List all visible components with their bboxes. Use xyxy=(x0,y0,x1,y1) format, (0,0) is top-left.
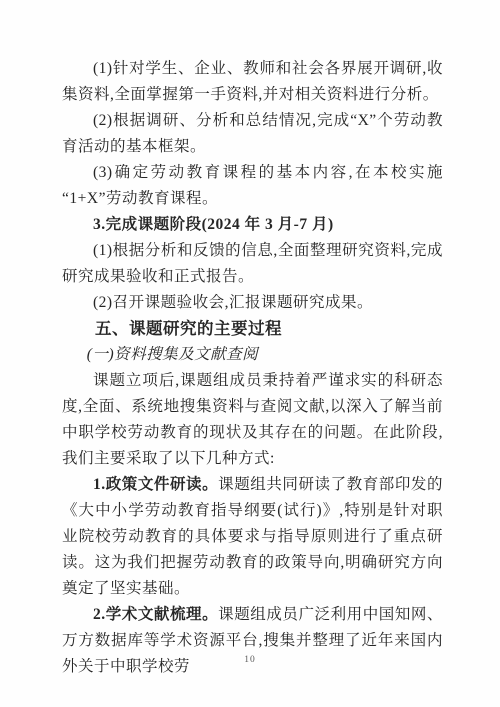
paragraph-measure-3: (3)确定劳动教育课程的基本内容,在本校实施“1+X”劳动教育课程。 xyxy=(62,160,443,212)
paragraph-text-policy: 课题组共同研读了教育部印发的《大中小学劳动教育指导纲要(试行)》,特别是针对职业… xyxy=(62,476,443,597)
paragraph-lead-literature: 2.学术文献梳理。 xyxy=(93,606,218,623)
document-page: (1)针对学生、企业、教师和社会各界展开调研,收集资料,全面掌握第一手资料,并对… xyxy=(0,0,500,707)
paragraph-measure-1: (1)针对学生、企业、教师和社会各界展开调研,收集资料,全面掌握第一手资料,并对… xyxy=(62,56,443,108)
paragraph-stage-item-2: (2)召开课题验收会,汇报课题研究成果。 xyxy=(62,290,443,316)
paragraph-literature-review: 2.学术文献梳理。课题组成员广泛利用中国知网、万方数据库等学术资源平台,搜集并整… xyxy=(62,602,443,680)
subsection-heading: (一)资料搜集及文献查阅 xyxy=(62,342,443,368)
paragraph-intro: 课题立项后,课题组成员秉持着严谨求实的科研态度,全面、系统地搜集资料与查阅文献,… xyxy=(62,368,443,472)
paragraph-measure-2: (2)根据调研、分析和总结情况,完成“X”个劳动教育活动的基本框架。 xyxy=(62,108,443,160)
stage-heading: 3.完成课题阶段(2024 年 3 月-7 月) xyxy=(62,212,443,238)
paragraph-stage-item-1: (1)根据分析和反馈的信息,全面整理研究资料,完成研究成果验收和正式报告。 xyxy=(62,238,443,290)
paragraph-lead-policy: 1.政策文件研读。 xyxy=(93,476,218,493)
page-number: 10 xyxy=(0,655,500,665)
section-heading-main: 五、课题研究的主要过程 xyxy=(62,316,443,342)
paragraph-policy-study: 1.政策文件研读。课题组共同研读了教育部印发的《大中小学劳动教育指导纲要(试行)… xyxy=(62,472,443,602)
document-content: (1)针对学生、企业、教师和社会各界展开调研,收集资料,全面掌握第一手资料,并对… xyxy=(62,56,443,680)
